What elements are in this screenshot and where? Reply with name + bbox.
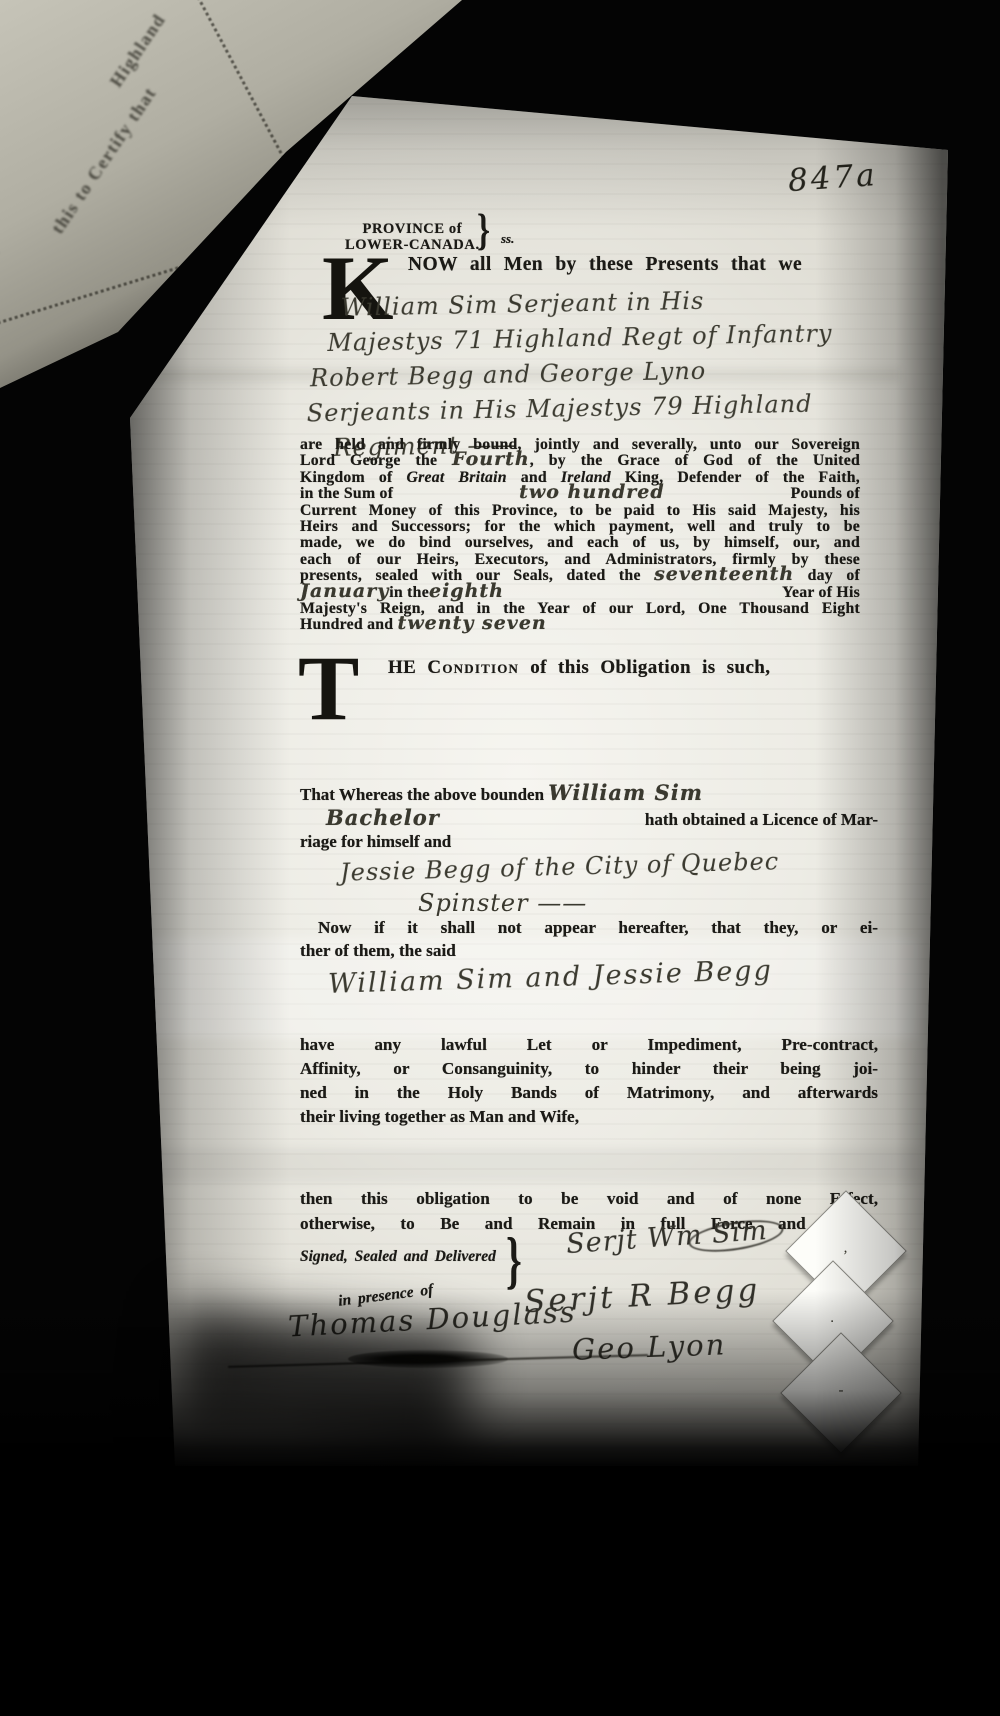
text-line: their living together as Man and Wife, (300, 1105, 878, 1129)
whereas-text: riage for himself and (300, 831, 451, 854)
whereas-clause: That Whereas the above bounden William S… (300, 782, 878, 854)
text-line: ther of them, the said (300, 939, 878, 962)
province-brace: } (477, 207, 490, 257)
bond-line: Lord George the Fourth, by the Grace of … (300, 453, 860, 469)
bond-line: Current Money of this Province, to be pa… (300, 503, 860, 519)
handwritten-king-ordinal: Fourth (452, 448, 530, 470)
text-line: Affinity, or Consanguinity, to hinder th… (300, 1057, 878, 1081)
seal-pen-mark: . (831, 1310, 835, 1327)
dropcap-T: T (298, 652, 359, 726)
bond-text: Lord George the (300, 452, 452, 469)
bond-text: Hundred and (300, 616, 398, 633)
text-line: then this obligation to be void and of n… (300, 1186, 878, 1211)
bond-text: day of (794, 567, 860, 584)
handwritten-sum: two hundred (519, 487, 665, 497)
bond-line: Majesty's Reign, and in the Year of our … (300, 601, 860, 617)
handwritten-groom-status: Bachelor (326, 807, 440, 830)
handwritten-year: twenty seven (398, 612, 547, 634)
handwritten-groom-name: William Sim (548, 782, 878, 805)
bond-text: Kingdom of (300, 469, 406, 486)
whereas-text: That Whereas the above bounden (300, 784, 548, 807)
seal-pen-mark: , (844, 1240, 848, 1257)
condition-text: HE (388, 657, 427, 678)
handwritten-month: January (300, 586, 389, 596)
handwritten-regnal-year: eighth (429, 586, 504, 596)
bond-text: Pounds of (791, 486, 860, 502)
opening-heading: NOW all Men by these Presents that we (408, 254, 802, 276)
condition-smallcaps: Condition (427, 657, 519, 678)
handwritten-bride-status: Spinster —— (418, 889, 587, 917)
whereas-line: That Whereas the above bounden William S… (300, 782, 878, 807)
wafer-seal: - (780, 1332, 902, 1454)
bond-line-year: Hundred and twenty seven (300, 617, 860, 633)
province-line1: PROVINCE of (345, 221, 480, 237)
bond-text-italic: Great Britain (406, 469, 506, 486)
bond-line-month: Januaryin theeighthYear of His (300, 585, 860, 601)
bond-line: Heirs and Successors; for the which paym… (300, 519, 860, 535)
signature-witness-thomas-douglass: Thomas Douglass (287, 1294, 577, 1343)
text-line: have any lawful Let or Impediment, Pre-c… (300, 1033, 878, 1057)
whereas-text: hath obtained a Licence of Mar- (645, 809, 878, 832)
text-line: ned in the Holy Bands of Matrimony, and … (300, 1081, 878, 1105)
seal-pen-mark: - (839, 1382, 844, 1399)
condition-heading: HE Condition of this Obligation is such, (388, 657, 770, 679)
bond-text: , by the Grace of God of the United (530, 452, 860, 469)
handwritten-day: seventeenth (654, 563, 794, 585)
bond-text: in the Sum of (300, 486, 393, 502)
text-line: Now if it shall not appear hereafter, th… (300, 916, 878, 939)
microfilm-scan: { "document": { "archive_number": "847a"… (0, 0, 1000, 1716)
bond-paragraph: are held and firmly bound, jointly and s… (300, 437, 860, 634)
signature-george-lyon: Geo Lyon (571, 1327, 726, 1366)
bond-line-sum: in the Sum oftwo hundredPounds of (300, 486, 860, 502)
bond-text: in the (389, 585, 429, 601)
bond-line: are held and firmly bound, jointly and s… (300, 437, 860, 453)
impediment-paragraph: have any lawful Let or Impediment, Pre-c… (300, 1033, 878, 1129)
now-clause: Now if it shall not appear hereafter, th… (300, 916, 878, 962)
paper-tone-band (140, 1148, 920, 1182)
whereas-line: riage for himself and (300, 831, 878, 854)
bond-text: Year of His (782, 585, 860, 601)
ss-abbreviation: ss. (501, 231, 514, 247)
archive-number: 847a (787, 157, 879, 199)
attestation-brace: } (506, 1222, 522, 1297)
whereas-line: Bachelorhath obtained a Licence of Mar- (300, 807, 878, 832)
condition-text: of this Obligation is such, (519, 657, 770, 678)
signed-sealed-label: Signed, Sealed and Delivered (300, 1248, 496, 1266)
bond-line: made, we do bind ourselves, and each of … (300, 535, 860, 551)
